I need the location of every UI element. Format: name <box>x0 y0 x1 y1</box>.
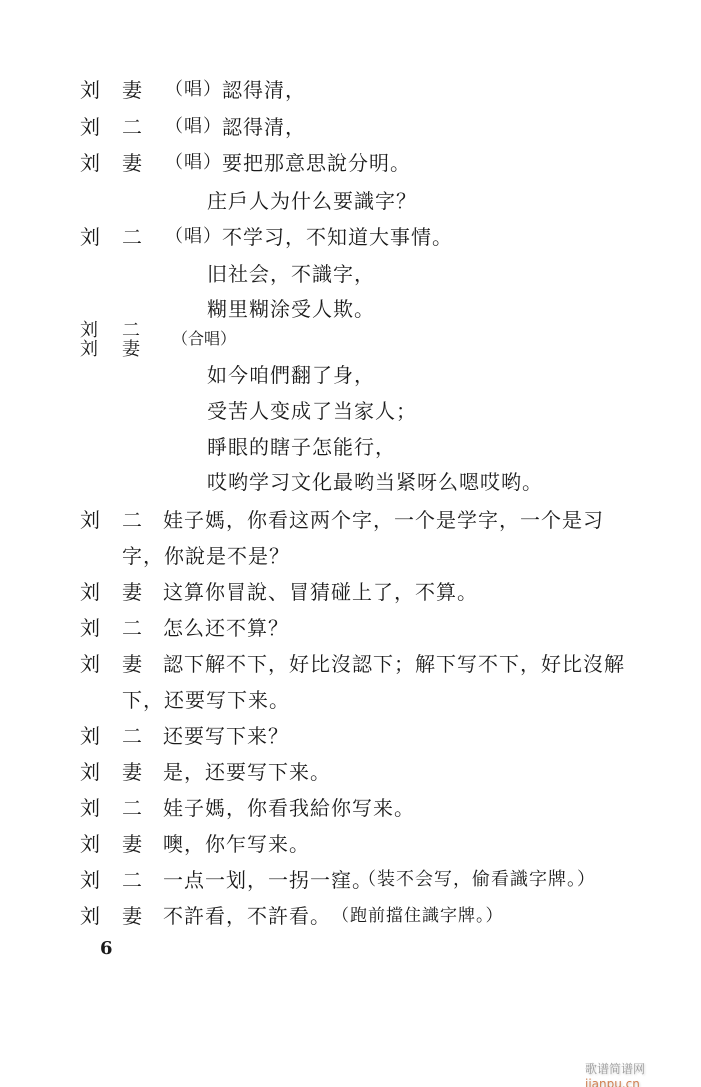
stage-tag: （唱） <box>165 112 222 142</box>
dialogue-text: 娃子媽，你看我給你写来。 <box>163 793 415 823</box>
stage-direction: （装不会写，偷看識字牌。） <box>358 865 596 895</box>
lyric-text: 旧社会，不識字， <box>207 259 375 289</box>
stage-tag: （合唱） <box>172 330 236 348</box>
dialogue-text: 下，还要写下来。 <box>122 685 290 715</box>
stage-direction: （跑前擋住識字牌。） <box>332 901 504 931</box>
speaker-surname: 刘 <box>80 649 101 679</box>
lyric-text: 如今咱們翻了身， <box>207 360 375 390</box>
speaker-surname: 刘 <box>80 829 101 859</box>
dialogue-text: 認得清， <box>222 112 306 142</box>
lyric-text: 哎哟学习文化最哟当紧呀么嗯哎哟。 <box>207 467 543 497</box>
speaker-name: 二 <box>122 112 143 142</box>
speaker-surname: 刘 <box>80 505 101 535</box>
page-number: 6 <box>100 938 113 959</box>
watermark-cn: 歌谱简谱网 <box>585 1062 645 1076</box>
stage-tag: （唱） <box>165 222 222 252</box>
lyric-text: 受苦人变成了当家人； <box>207 396 417 426</box>
speaker-name: 妻 <box>122 148 143 178</box>
dialogue-text: 字，你說是不是？ <box>122 541 290 571</box>
speaker-name: 二 <box>122 222 143 252</box>
speaker-surname: 刘 <box>80 148 101 178</box>
dialogue-text: 不学习，不知道大事情。 <box>222 222 453 252</box>
watermark: 歌谱简谱网 jianpu.cn <box>585 1060 701 1087</box>
speaker-surname: 刘 <box>80 112 101 142</box>
dialogue-text: 噢，你乍写来。 <box>163 829 310 859</box>
dialogue-text: 娃子媽，你看这两个字，一个是学字，一个是习 <box>163 505 604 535</box>
dialogue-text: 要把那意思說分明。 <box>222 148 411 178</box>
speaker-name: 二 <box>122 613 143 643</box>
dialogue-text: 是，还要写下来。 <box>163 757 331 787</box>
speaker-bottom-surname: 刘 <box>80 341 98 359</box>
dialogue-text: 还要写下来？ <box>163 721 289 751</box>
script-page: 刘 妻 （唱） 認得清， 刘 二 （唱） 認得清， 刘 妻 （唱） 要把那意思說… <box>0 0 701 1087</box>
dialogue-text: 这算你冒說、冒猜碰上了，不算。 <box>163 577 478 607</box>
speaker-name: 二 <box>122 793 143 823</box>
speaker-name: 妻 <box>122 757 143 787</box>
speaker-surname: 刘 <box>80 721 101 751</box>
speaker-surname: 刘 <box>80 793 101 823</box>
speaker-name: 二 <box>122 865 143 895</box>
speaker-surname: 刘 <box>80 222 101 252</box>
speaker-name: 妻 <box>122 577 143 607</box>
speaker-surname: 刘 <box>80 865 101 895</box>
lyric-text: 睜眼的瞎子怎能行， <box>207 432 396 462</box>
speaker-top-surname: 刘 <box>80 322 98 340</box>
dialogue-text: 認得清， <box>222 75 306 105</box>
dialogue-text: 認下解不下，好比沒認下；解下写不下，好比沒解 <box>163 649 625 679</box>
speaker-surname: 刘 <box>80 613 101 643</box>
speaker-name: 二 <box>122 505 143 535</box>
speaker-name: 妻 <box>122 649 143 679</box>
dialogue-text: 不許看，不許看。 <box>163 901 331 931</box>
speaker-surname: 刘 <box>80 75 101 105</box>
speaker-top-name: 二 <box>122 322 140 340</box>
lyric-text: 糊里糊涂受人欺。 <box>207 294 375 324</box>
speaker-name: 二 <box>122 721 143 751</box>
speaker-bottom-name: 妻 <box>122 341 140 359</box>
speaker-name: 妻 <box>122 829 143 859</box>
speaker-surname: 刘 <box>80 757 101 787</box>
dialogue-text: 一点一划，一拐一窪。 <box>163 865 373 895</box>
lyric-text: 庄戶人为什么要識字？ <box>207 186 417 216</box>
dialogue-text: 怎么还不算？ <box>163 613 289 643</box>
watermark-url: jianpu.cn <box>585 1077 640 1087</box>
stage-tag: （唱） <box>165 148 222 178</box>
stage-tag: （唱） <box>165 75 222 105</box>
speaker-surname: 刘 <box>80 901 101 931</box>
speaker-surname: 刘 <box>80 577 101 607</box>
speaker-name: 妻 <box>122 75 143 105</box>
speaker-name: 妻 <box>122 901 143 931</box>
